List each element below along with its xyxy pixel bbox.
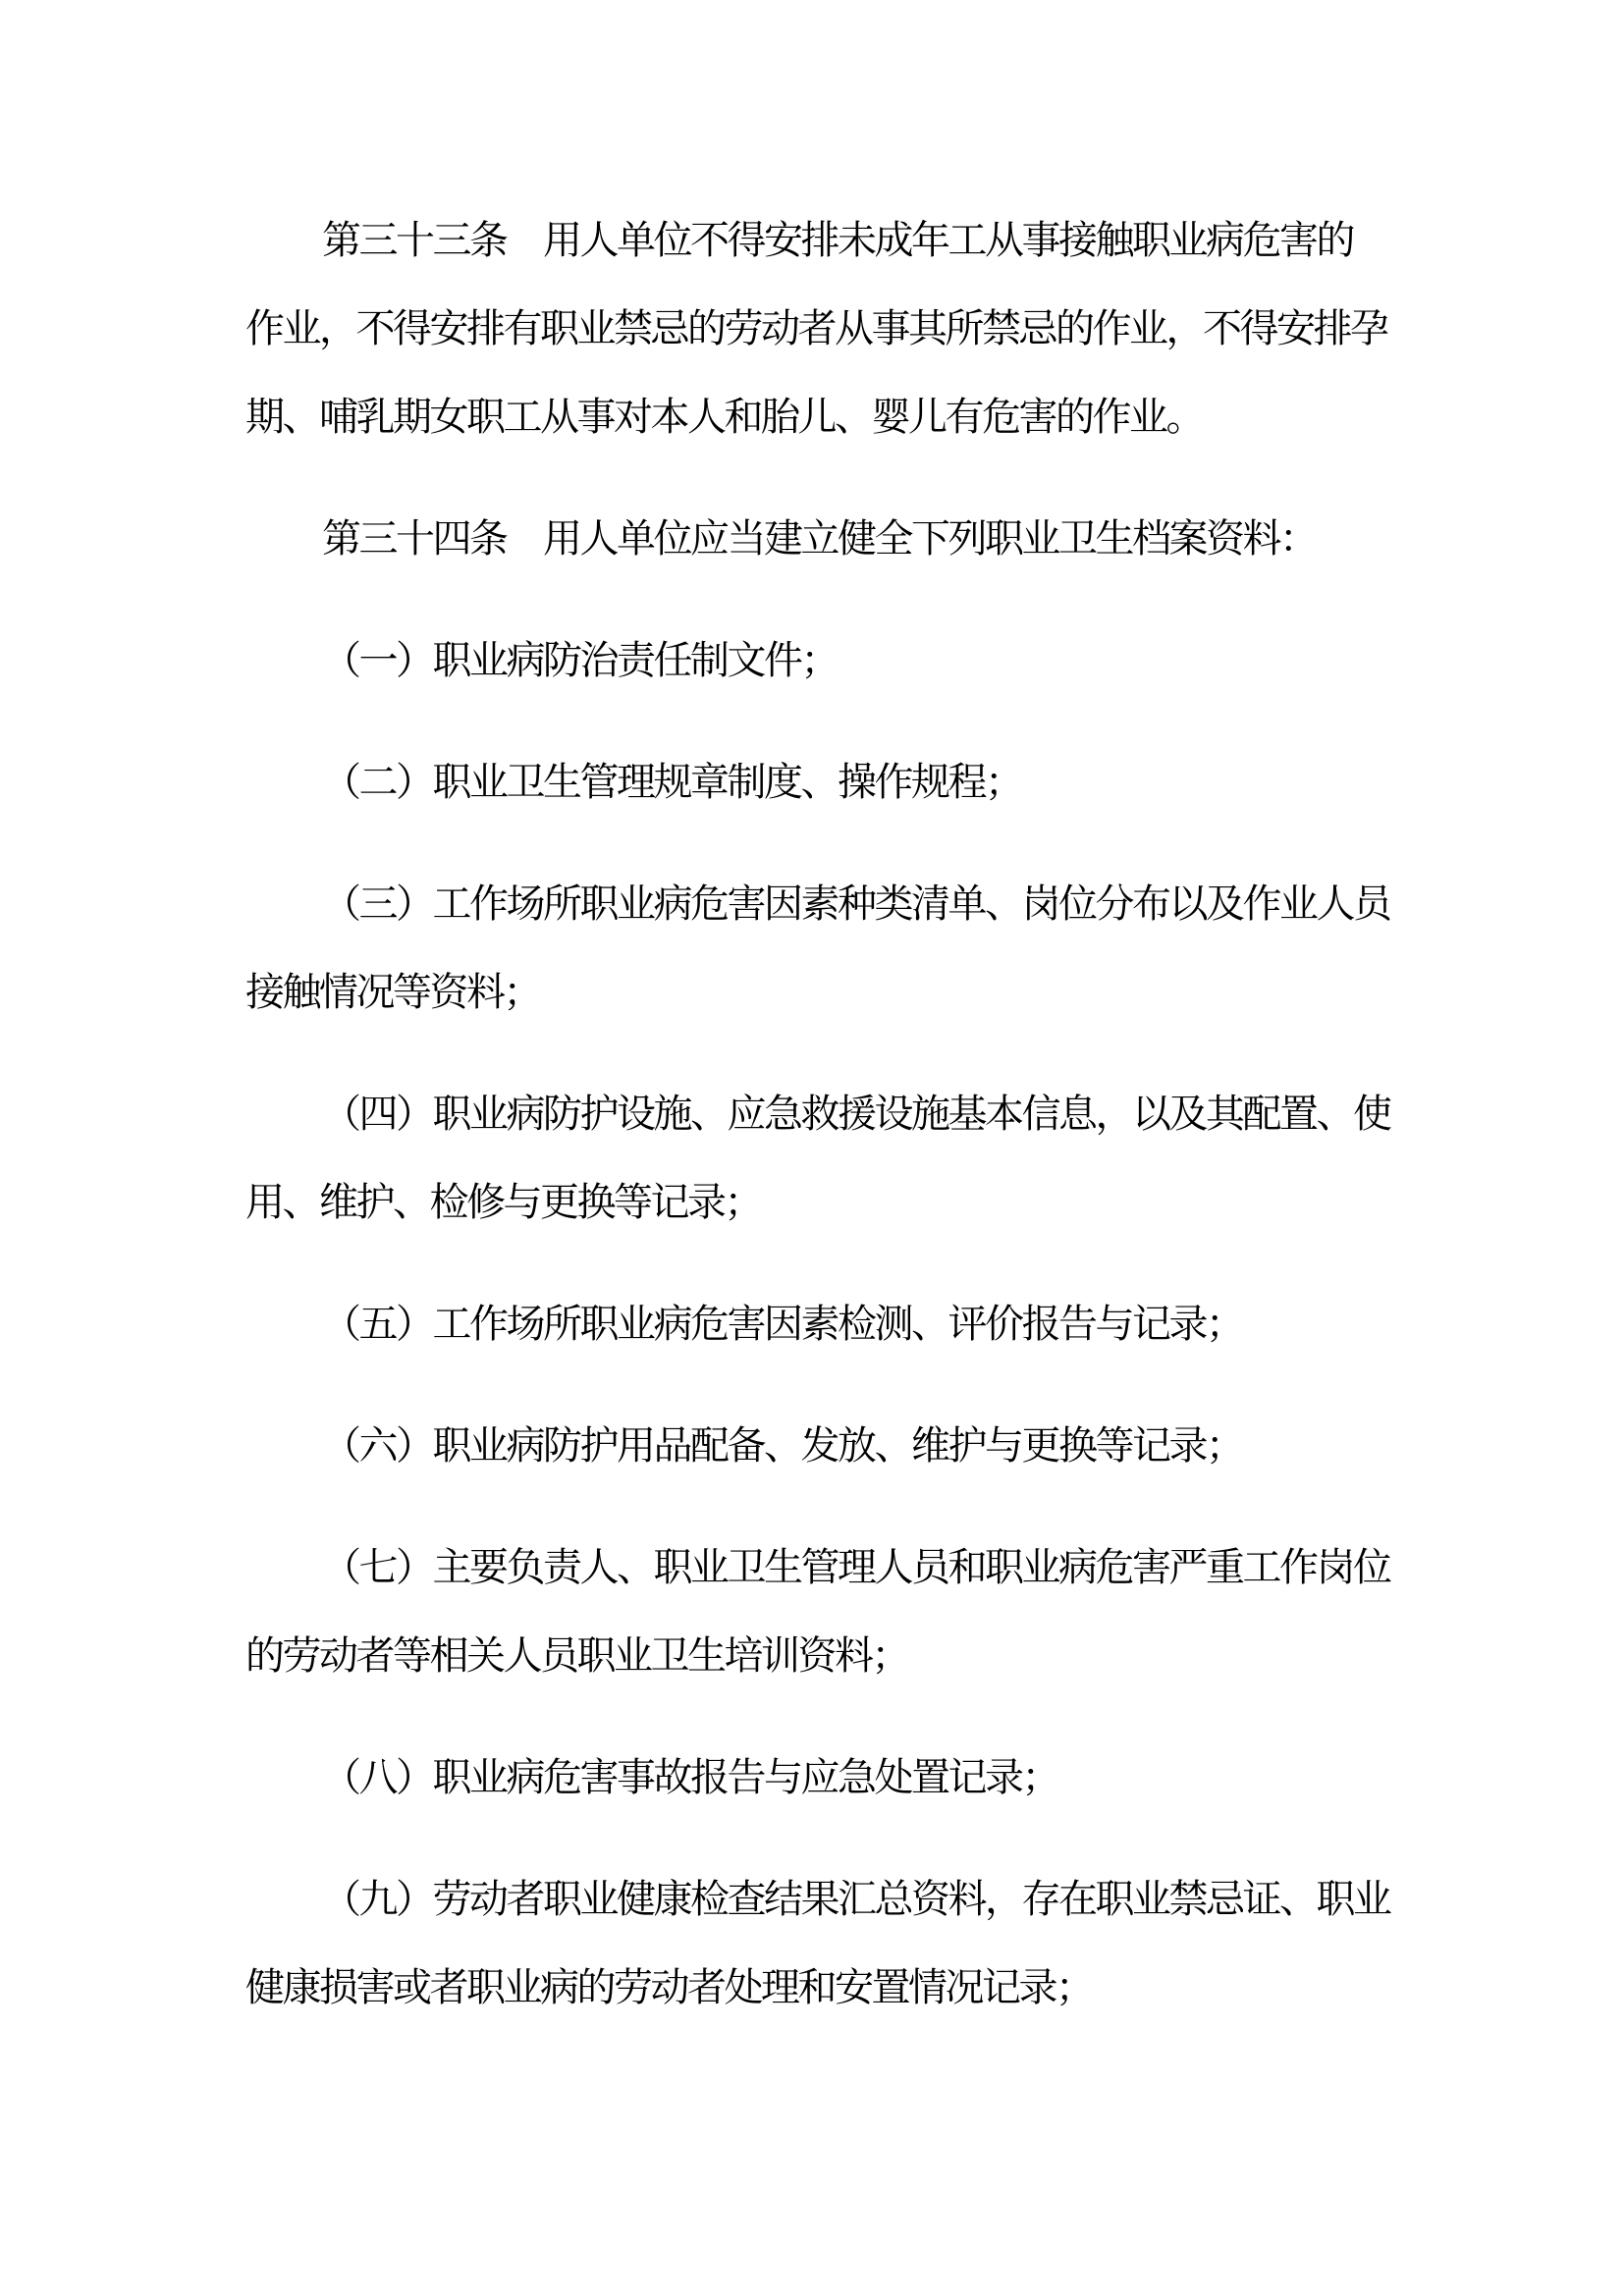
- list-item-8: （八）职业病危害事故报告与应急处置记录；: [245, 1734, 1388, 1822]
- text-line: 第三十三条 用人单位不得安排未成年工从事接触职业病危害的: [245, 196, 1388, 285]
- list-item-6: （六）职业病防护用品配备、发放、维护与更换等记录；: [245, 1402, 1388, 1490]
- text-line: （九）劳动者职业健康检查结果汇总资料，存在职业禁忌证、职业: [245, 1855, 1388, 1944]
- text-line: 接触情况等资料；: [245, 948, 1388, 1037]
- text-line: 用、维护、检修与更换等记录；: [245, 1158, 1388, 1247]
- list-item-1: （一）职业病防治责任制文件；: [245, 616, 1388, 705]
- list-item-2: （二）职业卫生管理规章制度、操作规程；: [245, 738, 1388, 827]
- text-line: （六）职业病防护用品配备、发放、维护与更换等记录；: [245, 1402, 1388, 1490]
- list-item-3: （三）工作场所职业病危害因素种类清单、岗位分布以及作业人员 接触情况等资料；: [245, 860, 1388, 1037]
- text-line: 健康损害或者职业病的劳动者处理和安置情况记录；: [245, 1944, 1388, 2032]
- list-item-9: （九）劳动者职业健康检查结果汇总资料，存在职业禁忌证、职业 健康损害或者职业病的…: [245, 1855, 1388, 2032]
- list-item-7: （七）主要负责人、职业卫生管理人员和职业病危害严重工作岗位 的劳动者等相关人员职…: [245, 1523, 1388, 1700]
- text-line: 第三十四条 用人单位应当建立健全下列职业卫生档案资料：: [245, 495, 1388, 583]
- text-line: （三）工作场所职业病危害因素种类清单、岗位分布以及作业人员: [245, 860, 1388, 948]
- text-line: （四）职业病防护设施、应急救援设施基本信息，以及其配置、使: [245, 1070, 1388, 1158]
- list-item-4: （四）职业病防护设施、应急救援设施基本信息，以及其配置、使 用、维护、检修与更换…: [245, 1070, 1388, 1247]
- text-line: （八）职业病危害事故报告与应急处置记录；: [245, 1734, 1388, 1822]
- document-page: 第三十三条 用人单位不得安排未成年工从事接触职业病危害的 作业，不得安排有职业禁…: [0, 0, 1624, 2296]
- paragraph-article-33: 第三十三条 用人单位不得安排未成年工从事接触职业病危害的 作业，不得安排有职业禁…: [245, 196, 1388, 461]
- paragraph-article-34: 第三十四条 用人单位应当建立健全下列职业卫生档案资料：: [245, 495, 1388, 583]
- text-line: （二）职业卫生管理规章制度、操作规程；: [245, 738, 1388, 827]
- text-line: （七）主要负责人、职业卫生管理人员和职业病危害严重工作岗位: [245, 1523, 1388, 1612]
- list-item-5: （五）工作场所职业病危害因素检测、评价报告与记录；: [245, 1280, 1388, 1368]
- text-line: 期、哺乳期女职工从事对本人和胎儿、婴儿有危害的作业。: [245, 373, 1388, 461]
- text-line: （一）职业病防治责任制文件；: [245, 616, 1388, 705]
- text-line: 的劳动者等相关人员职业卫生培训资料；: [245, 1612, 1388, 1700]
- text-line: 作业，不得安排有职业禁忌的劳动者从事其所禁忌的作业，不得安排孕: [245, 285, 1388, 373]
- text-line: （五）工作场所职业病危害因素检测、评价报告与记录；: [245, 1280, 1388, 1368]
